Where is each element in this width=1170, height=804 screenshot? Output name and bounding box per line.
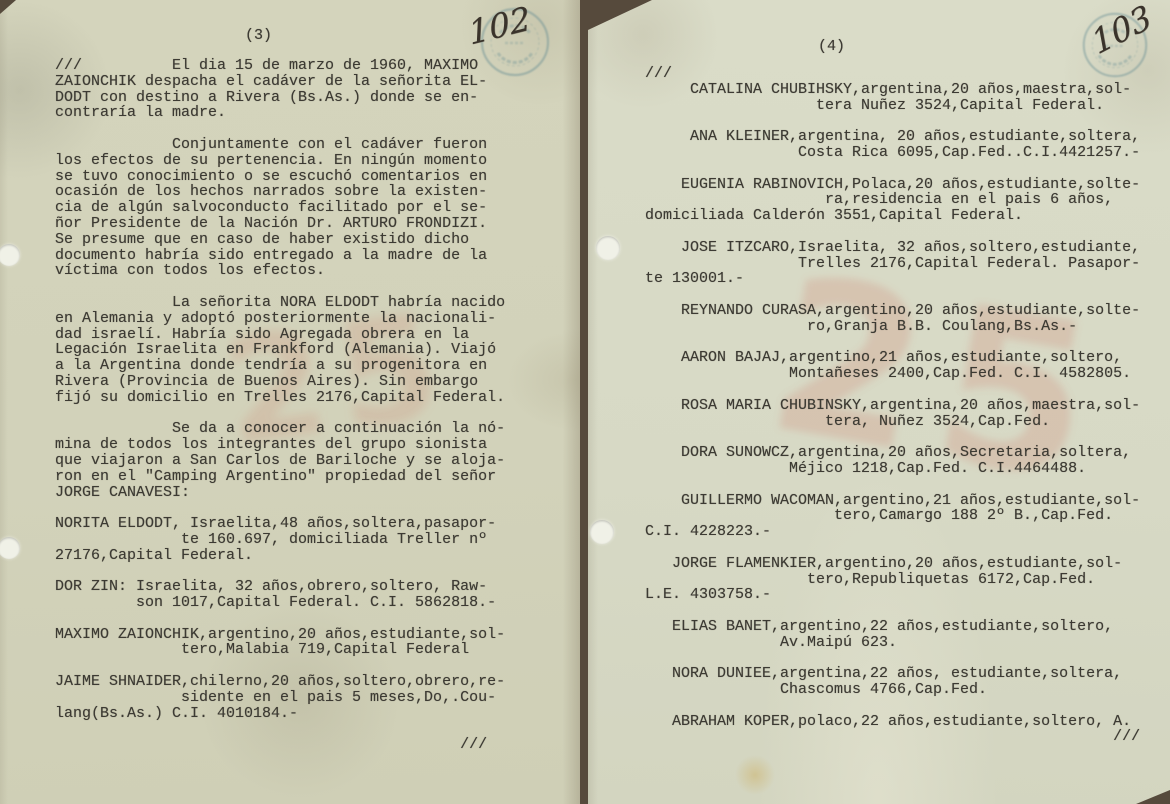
document-scan: (3) 25 /// El dia 15 de marzo de 1960, M…	[0, 0, 1170, 804]
typewritten-text: /// El dia 15 de marzo de 1960, MAXIMO Z…	[55, 58, 505, 753]
page-number-label: (3)	[245, 27, 272, 44]
punch-hole	[0, 244, 20, 266]
typewritten-text: /// CATALINA CHUBIHSKY,argentina,20 años…	[645, 66, 1140, 745]
punch-hole	[0, 537, 20, 559]
page-4: (4) 25 /// CATALINA CHUBIHSKY,argentina,…	[588, 0, 1170, 804]
page-3: (3) 25 /// El dia 15 de marzo de 1960, M…	[0, 0, 580, 804]
page-number-label: (4)	[818, 38, 845, 55]
punch-hole	[596, 236, 620, 260]
punch-hole	[590, 520, 614, 544]
